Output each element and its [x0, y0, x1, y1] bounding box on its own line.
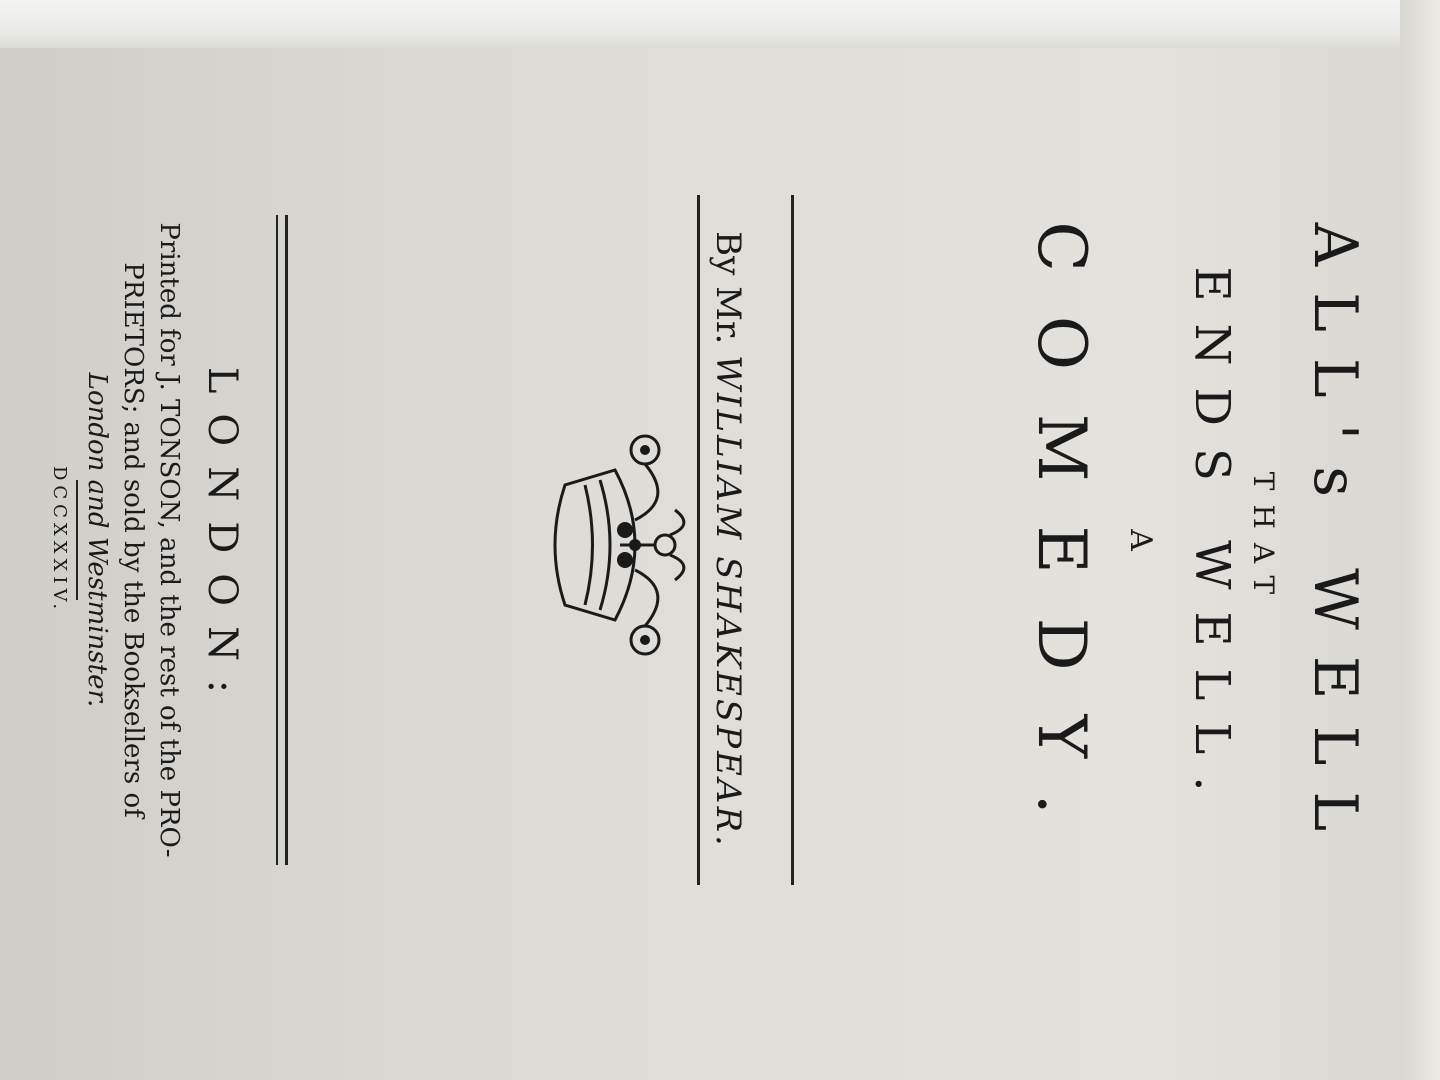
date-line: DCCXXXIV.	[49, 0, 70, 1080]
imprint-line-2: PRIETORS; and sold by the Booksellers of	[118, 0, 148, 1080]
title-line-3: ENDS WELL.	[1184, 0, 1240, 1080]
place-line: LONDON:	[199, 0, 245, 1080]
rule-double-2	[276, 215, 278, 865]
title-line-4: A	[1123, 0, 1158, 1080]
rule-top	[791, 195, 794, 885]
author-prefix: By Mr.	[708, 231, 748, 344]
rule-double-1	[285, 215, 288, 865]
imprint-line-1: Printed for J. TONSON, and the rest of t…	[154, 0, 184, 1080]
genre-heading: COMEDY.	[1023, 0, 1100, 1080]
title-line-2: THAT	[1247, 0, 1280, 1080]
flower-basket-ornament-icon	[535, 430, 715, 660]
rule-short	[76, 480, 78, 600]
title-line-1: ALL's WELL	[1300, 0, 1370, 1080]
imprint-line-3: London and Westminster.	[82, 0, 112, 1080]
title-page-rotated: ALL's WELL THAT ENDS WELL. A COMEDY. By …	[0, 0, 1440, 1080]
